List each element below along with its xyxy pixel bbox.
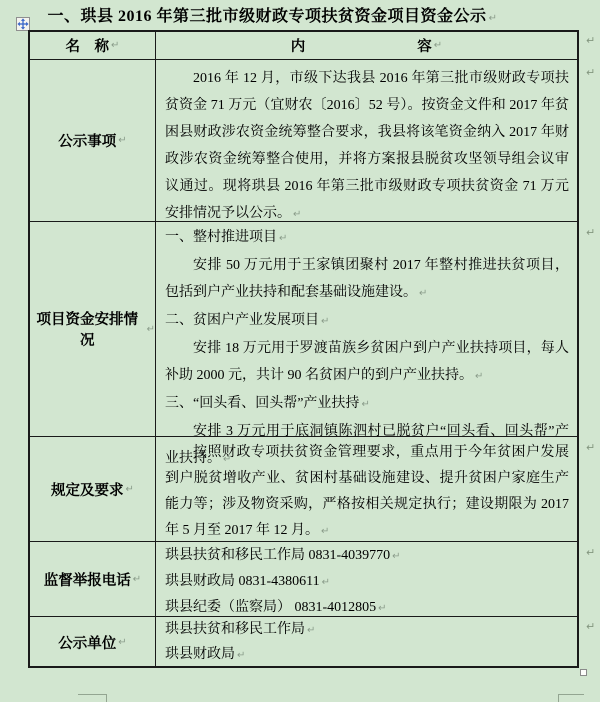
header-name-label: 名 称 [66, 35, 110, 56]
paragraph-mark: ↵ [475, 371, 483, 382]
header-content-left: 内 [291, 35, 306, 56]
row-label-text: 公示事项 [58, 130, 116, 151]
paragraph-mark: ↵ [126, 484, 134, 495]
paragraph-text: 安排 18 万元用于罗渡苗族乡贫困户到户产业扶持项目，每人补助 2000 元，共… [165, 341, 569, 383]
paragraph-text: 一、整村推进项目 [165, 230, 277, 245]
row-end-mark: ↵ [586, 441, 595, 454]
paragraph-mark: ↵ [279, 233, 287, 244]
announcement-table: 名 称↵ 内 容↵ 公示事项↵ 2016 年 12 月，市级下达我县 2016 … [28, 30, 579, 668]
phone-line: 珙县财政局 0831-4380611 [165, 574, 320, 589]
paragraph-mark: ↵ [419, 288, 427, 299]
row-content-supervision-phone: 珙县扶贫和移民工作局 0831-4039770↵ 珙县财政局 0831-4380… [156, 542, 577, 617]
row-label-text: 项目资金安排情况 [30, 308, 145, 350]
row-label-announcing-units: 公示单位↵ [30, 617, 156, 668]
header-cell-content: 内 容↵ [156, 32, 577, 60]
paragraph-mark: ↵ [361, 399, 369, 410]
paragraph-mark: ↵ [392, 551, 400, 562]
unit-line: 珙县财政局 [165, 647, 235, 662]
row-label-text: 公示单位 [58, 632, 116, 653]
table-resize-handle[interactable] [580, 669, 587, 676]
row-end-mark: ↵ [586, 226, 595, 239]
row-content-fund-arrangement: 一、整村推进项目↵ 安排 50 万元用于王家镇团聚村 2017 年整村推进扶贫项… [156, 222, 577, 437]
table-move-handle-icon[interactable] [16, 17, 30, 31]
row-label-text: 监督举报电话 [44, 569, 131, 590]
phone-line: 珙县扶贫和移民工作局 0831-4039770 [165, 548, 390, 563]
paragraph-mark: ↵ [321, 316, 329, 327]
paragraph-text: 二、贫困户产业发展项目 [165, 313, 319, 328]
row-label-announcement-matters: 公示事项↵ [30, 60, 156, 222]
paragraph-mark: ↵ [322, 577, 330, 588]
text-boundary-corner-right [558, 694, 584, 702]
paragraph-mark: ↵ [237, 650, 245, 661]
paragraph-text: 三、“回头看、回头帮”产业扶持 [165, 396, 359, 411]
paragraph-mark: ↵ [293, 209, 301, 220]
page-title-text: 一、珙县 2016 年第三批市级财政专项扶贫资金项目资金公示 [48, 8, 487, 25]
paragraph-mark: ↵ [378, 603, 386, 614]
paragraph-text: 2016 年 12 月，市级下达我县 2016 年第三批市级财政专项扶贫资金 7… [165, 71, 569, 221]
row-label-supervision-phone: 监督举报电话↵ [30, 542, 156, 617]
row-content-announcing-units: 珙县扶贫和移民工作局↵ 珙县财政局↵ [156, 617, 577, 668]
row-label-fund-arrangement: 项目资金安排情况↵ [30, 222, 156, 437]
paragraph-mark: ↵ [111, 40, 119, 51]
row-end-mark: ↵ [586, 34, 595, 47]
row-label-rules-requirements: 规定及要求↵ [30, 437, 156, 542]
header-cell-name: 名 称↵ [30, 32, 156, 60]
paragraph-text: 按照财政专项扶贫资金管理要求，重点用于今年贫困户发展到户脱贫增收产业、贫困村基础… [165, 445, 569, 538]
page-title: 一、珙县 2016 年第三批市级财政专项扶贫资金项目资金公示↵ [0, 3, 545, 26]
paragraph-mark: ↵ [321, 526, 329, 537]
paragraph-mark: ↵ [118, 135, 126, 146]
row-content-rules-requirements: 按照财政专项扶贫资金管理要求，重点用于今年贫困户发展到户脱贫增收产业、贫困村基础… [156, 437, 577, 542]
paragraph-mark: ↵ [434, 40, 442, 51]
row-label-text: 规定及要求 [51, 479, 124, 500]
row-end-mark: ↵ [586, 66, 595, 79]
text-boundary-corner-left [78, 694, 107, 702]
paragraph-mark: ↵ [147, 324, 155, 335]
paragraph-text: 安排 50 万元用于王家镇团聚村 2017 年整村推进扶贫项目，包括到户产业扶持… [165, 258, 569, 300]
row-end-mark: ↵ [586, 546, 595, 559]
row-content-announcement-matters: 2016 年 12 月，市级下达我县 2016 年第三批市级财政专项扶贫资金 7… [156, 60, 577, 222]
phone-line: 珙县纪委（监察局） 0831-4012805 [165, 600, 376, 615]
header-content-right: 容 [417, 35, 432, 56]
paragraph-mark: ↵ [133, 574, 141, 585]
row-end-mark: ↵ [586, 620, 595, 633]
unit-line: 珙县扶贫和移民工作局 [165, 622, 305, 637]
paragraph-mark: ↵ [307, 625, 315, 636]
paragraph-mark: ↵ [489, 13, 498, 24]
paragraph-mark: ↵ [118, 637, 126, 648]
